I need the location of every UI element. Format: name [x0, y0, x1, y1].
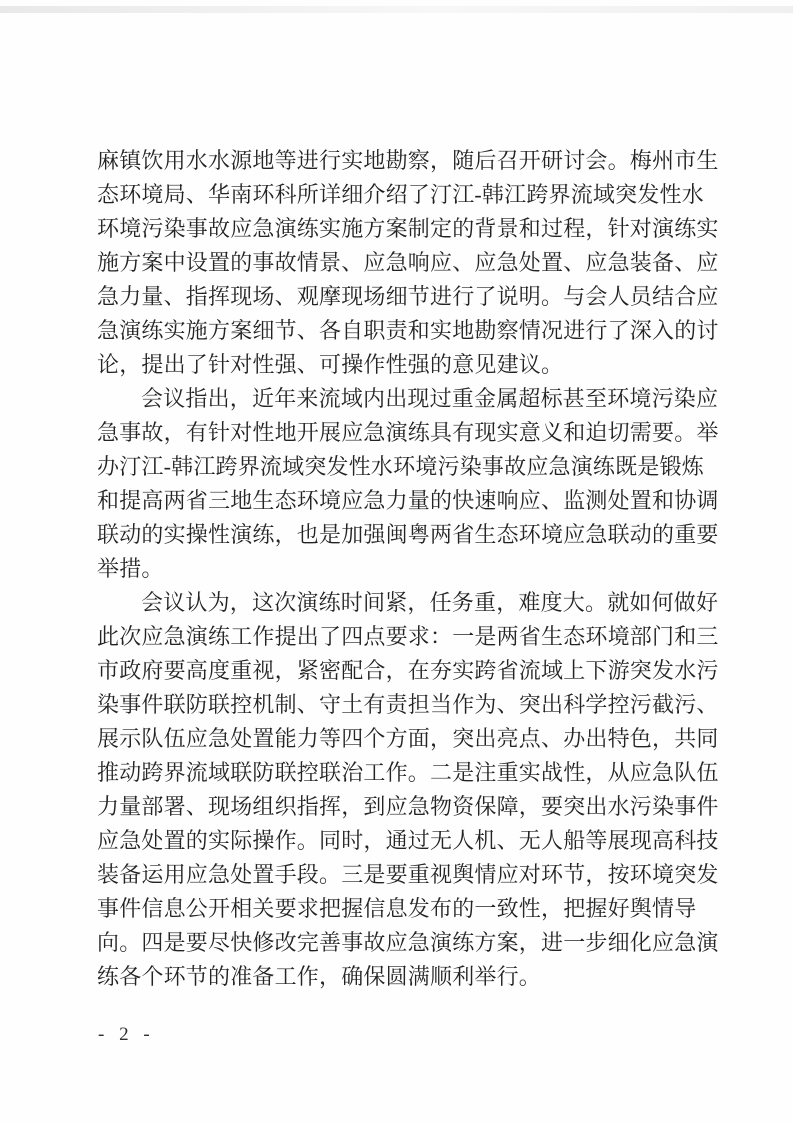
text-line: 施方案中设置的事故情景、应急响应、应急处置、应急装备、应: [97, 246, 721, 280]
text-line: 会议指出，近年来流域内出现过重金属超标甚至环境污染应: [97, 382, 721, 416]
text-line: 环境污染事故应急演练实施方案制定的背景和过程，针对演练实: [97, 212, 721, 246]
text-line: 染事件联防联控机制、守土有责担当作为、突出科学控污截污、: [97, 688, 721, 722]
text-line: 办汀江-韩江跨界流域突发性水环境污染事故应急演练既是锻炼: [97, 450, 721, 484]
text-line: 此次应急演练工作提出了四点要求：一是两省生态环境部门和三: [97, 620, 721, 654]
text-line: 向。四是要尽快修改完善事故应急演练方案，进一步细化应急演: [97, 926, 721, 960]
page-number: - 2 -: [98, 1024, 155, 1046]
text-line: 装备运用应急处置手段。三是要重视舆情应对环节，按环境突发: [97, 858, 721, 892]
document-page: 麻镇饮用水水源地等进行实地勘察，随后召开研讨会。梅州市生 态环境局、华南环科所详…: [0, 0, 793, 1122]
text-line: 麻镇饮用水水源地等进行实地勘察，随后召开研讨会。梅州市生: [97, 144, 721, 178]
text-line: 举措。: [97, 552, 721, 586]
text-line: 练各个环节的准备工作，确保圆满顺利举行。: [97, 960, 721, 994]
text-line: 展示队伍应急处置能力等四个方面，突出亮点、办出特色，共同: [97, 722, 721, 756]
scan-streak-artifact: [0, 6, 793, 13]
text-line: 态环境局、华南环科所详细介绍了汀江-韩江跨界流域突发性水: [97, 178, 721, 212]
text-line: 事件信息公开相关要求把握信息发布的一致性，把握好舆情导: [97, 892, 721, 926]
document-body: 麻镇饮用水水源地等进行实地勘察，随后召开研讨会。梅州市生 态环境局、华南环科所详…: [97, 144, 721, 994]
text-line: 应急处置的实际操作。同时，通过无人机、无人船等展现高科技: [97, 824, 721, 858]
text-line: 急力量、指挥现场、观摩现场细节进行了说明。与会人员结合应: [97, 280, 721, 314]
text-line: 急事故，有针对性地开展应急演练具有现实意义和迫切需要。举: [97, 416, 721, 450]
text-line: 会议认为，这次演练时间紧，任务重，难度大。就如何做好: [97, 586, 721, 620]
text-line: 和提高两省三地生态环境应急力量的快速响应、监测处置和协调: [97, 484, 721, 518]
text-line: 联动的实操性演练，也是加强闽粤两省生态环境应急联动的重要: [97, 518, 721, 552]
text-line: 力量部署、现场组织指挥，到应急物资保障，要突出水污染事件: [97, 790, 721, 824]
text-line: 推动跨界流域联防联控联治工作。二是注重实战性，从应急队伍: [97, 756, 721, 790]
text-line: 急演练实施方案细节、各自职责和实地勘察情况进行了深入的讨: [97, 314, 721, 348]
text-line: 论，提出了针对性强、可操作性强的意见建议。: [97, 348, 721, 382]
text-line: 市政府要高度重视，紧密配合，在夯实跨省流域上下游突发水污: [97, 654, 721, 688]
